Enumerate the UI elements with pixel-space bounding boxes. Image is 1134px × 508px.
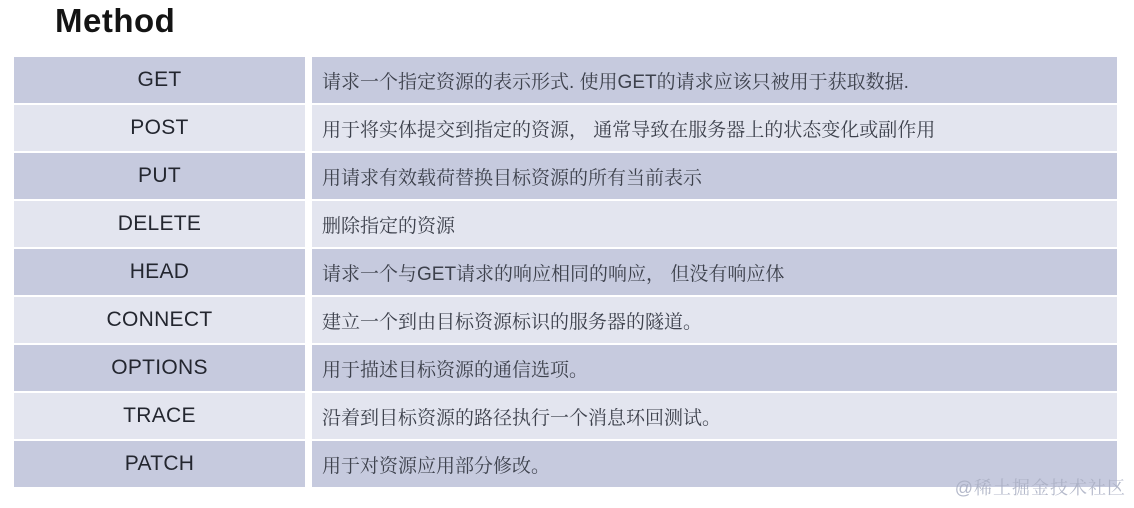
description-cell: 建立一个到由目标资源标识的服务器的隧道。 [312, 297, 1117, 343]
description-cell: 请求一个与GET请求的响应相同的响应， 但没有响应体 [312, 249, 1117, 295]
watermark: @稀土掘金技术社区 [955, 474, 1126, 500]
description-cell: 请求一个指定资源的表示形式. 使用GET的请求应该只被用于获取数据. [312, 57, 1117, 103]
table-row: TRACE 沿着到目标资源的路径执行一个消息环回测试。 [14, 393, 1117, 439]
method-cell: HEAD [14, 249, 305, 295]
method-cell: TRACE [14, 393, 305, 439]
table-row: OPTIONS 用于描述目标资源的通信选项。 [14, 345, 1117, 391]
description-cell: 用于将实体提交到指定的资源， 通常导致在服务器上的状态变化或副作用 [312, 105, 1117, 151]
table-row: GET 请求一个指定资源的表示形式. 使用GET的请求应该只被用于获取数据. [14, 57, 1117, 103]
method-cell: PATCH [14, 441, 305, 487]
description-cell: 删除指定的资源 [312, 201, 1117, 247]
slide: Method GET 请求一个指定资源的表示形式. 使用GET的请求应该只被用于… [0, 0, 1134, 508]
table-row: CONNECT 建立一个到由目标资源标识的服务器的隧道。 [14, 297, 1117, 343]
page-title: Method [55, 2, 175, 40]
method-cell: POST [14, 105, 305, 151]
method-cell: GET [14, 57, 305, 103]
method-cell: CONNECT [14, 297, 305, 343]
method-cell: DELETE [14, 201, 305, 247]
method-cell: PUT [14, 153, 305, 199]
description-cell: 用请求有效载荷替换目标资源的所有当前表示 [312, 153, 1117, 199]
table-row: POST 用于将实体提交到指定的资源， 通常导致在服务器上的状态变化或副作用 [14, 105, 1117, 151]
table-row: HEAD 请求一个与GET请求的响应相同的响应， 但没有响应体 [14, 249, 1117, 295]
table-row: DELETE 删除指定的资源 [14, 201, 1117, 247]
description-cell: 用于描述目标资源的通信选项。 [312, 345, 1117, 391]
table-row: PUT 用请求有效载荷替换目标资源的所有当前表示 [14, 153, 1117, 199]
method-cell: OPTIONS [14, 345, 305, 391]
http-methods-table: GET 请求一个指定资源的表示形式. 使用GET的请求应该只被用于获取数据. P… [14, 57, 1117, 487]
table-row: PATCH 用于对资源应用部分修改。 [14, 441, 1117, 487]
description-cell: 沿着到目标资源的路径执行一个消息环回测试。 [312, 393, 1117, 439]
